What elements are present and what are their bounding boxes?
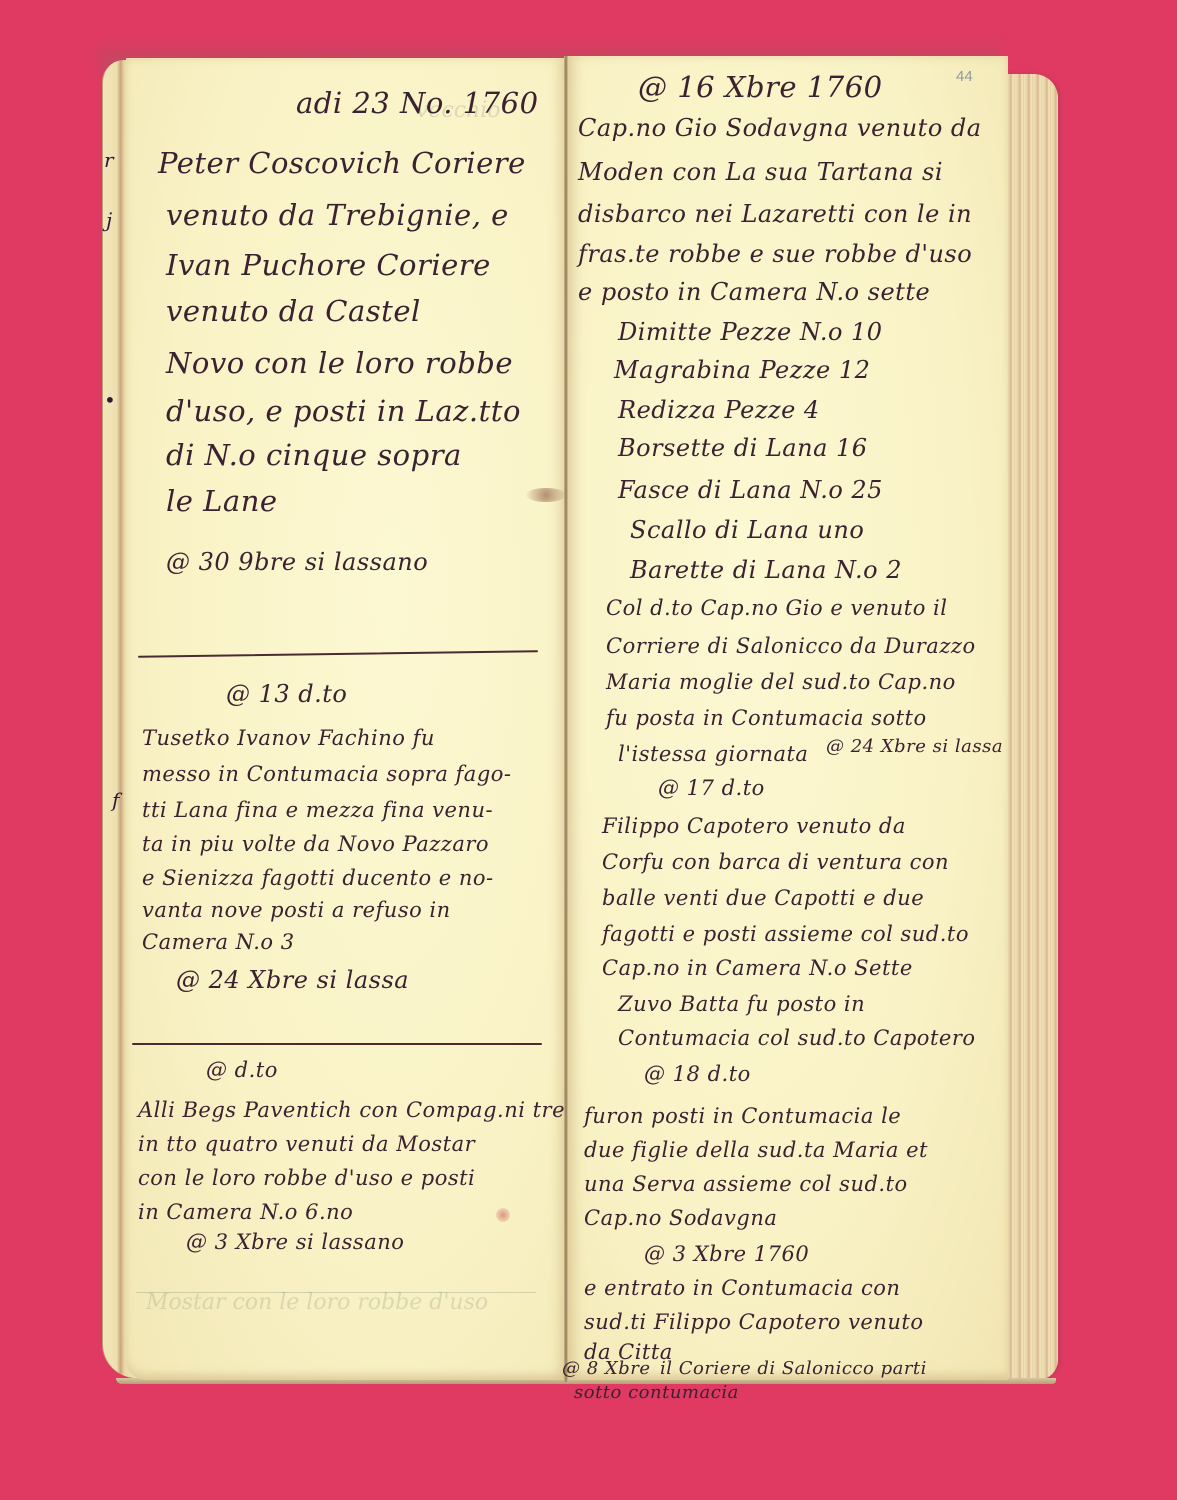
margin-mark: f	[112, 788, 119, 812]
margin-mark: •	[104, 388, 116, 412]
margin-mark: r	[104, 148, 114, 172]
entry-line: balle venti due Capotti e due	[602, 886, 924, 910]
entry-line: in tto quatro venuti da Mostar	[138, 1132, 475, 1156]
cargo-item: Barette di Lana N.o 2	[630, 556, 902, 584]
entry-line: e posto in Camera N.o sette	[578, 278, 930, 306]
entry-line: Zuvo Batta fu posto in	[618, 992, 865, 1016]
entry-line: vanta nove posti a refuso in	[142, 898, 451, 922]
red-stain	[496, 1208, 510, 1222]
entry-line: Moden con La sua Tartana si	[578, 158, 943, 186]
cargo-item: Fasce di Lana N.o 25	[618, 476, 883, 504]
entry-line: venuto da Trebignie, e	[166, 198, 509, 232]
entry-date: @ 8 Xbre	[562, 1358, 651, 1379]
entry-line: disbarco nei Lazaretti con le in	[578, 200, 972, 228]
entry-date: @ 18 d.to	[644, 1062, 751, 1086]
entry-line: e Sienizza fagotti ducento e no-	[142, 866, 494, 890]
release-note: @ 30 9bre si lassano	[166, 548, 428, 576]
faint-divider	[136, 1292, 536, 1293]
entry-line: fagotti e posti assieme col sud.to	[602, 922, 969, 946]
entry-date: adi 23 No. 1760	[296, 86, 539, 120]
right-page: 44 @ 16 Xbre 1760 Cap.no Gio Sodavgna ve…	[568, 56, 1008, 1380]
ink-stain	[526, 488, 566, 502]
right-page-edges	[1006, 74, 1058, 1380]
entry-line: fras.te robbe e sue robbe d'uso	[578, 240, 972, 268]
cargo-item: Scallo di Lana uno	[630, 516, 864, 544]
entry-line: le Lane	[166, 484, 278, 518]
entry-line: tti Lana fina e mezza fina venu-	[142, 798, 493, 822]
entry-line: Filippo Capotero venuto da	[602, 814, 906, 838]
entry-line: Cap.no Sodavgna	[584, 1206, 777, 1230]
entry-line: due figlie della sud.ta Maria et	[584, 1138, 928, 1162]
entry-line: sotto contumacia	[574, 1382, 739, 1403]
entry-date: @ 3 Xbre 1760	[644, 1242, 809, 1266]
entry-line: Tusetko Ivanov Fachino fu	[142, 726, 435, 750]
entry-line: venuto da Castel	[166, 294, 421, 328]
entry-line: Peter Coscovich Coriere	[158, 146, 526, 180]
entry-date: @ d.to	[206, 1058, 278, 1082]
cargo-item: Dimitte Pezze N.o 10	[618, 318, 883, 346]
entry-line: il Coriere di Salonicco parti	[660, 1358, 927, 1379]
entry-date: @ 17 d.to	[658, 776, 765, 800]
left-page: vecchio Mostar con le loro robbe d'uso r…	[126, 58, 566, 1380]
cargo-item: Magrabina Pezze 12	[614, 356, 870, 384]
entry-line: in Camera N.o 6.no	[138, 1200, 353, 1224]
section-divider	[138, 650, 538, 658]
entry-line: fu posta in Contumacia sotto	[606, 706, 927, 730]
entry-line: Novo con le loro robbe	[166, 346, 513, 380]
entry-date: @ 13 d.to	[226, 680, 347, 708]
entry-line: l'istessa giornata	[618, 742, 808, 766]
page-number: 44	[956, 68, 973, 85]
entry-line: Contumacia col sud.to Capotero	[618, 1026, 976, 1050]
entry-line: Cap.no in Camera N.o Sette	[602, 956, 913, 980]
open-book: vecchio Mostar con le loro robbe d'uso r…	[96, 52, 1058, 1384]
entry-line: Ivan Puchore Coriere	[166, 248, 491, 282]
entry-line: sud.ti Filippo Capotero venuto	[584, 1310, 924, 1334]
release-note: @ 3 Xbre si lassano	[186, 1230, 404, 1254]
cargo-item: Borsette di Lana 16	[618, 434, 868, 462]
entry-line: di N.o cinque sopra	[166, 438, 462, 472]
section-divider	[132, 1043, 542, 1045]
entry-date: @ 16 Xbre 1760	[638, 70, 883, 104]
entry-line: Cap.no Gio Sodavgna venuto da	[578, 114, 982, 142]
entry-line: con le loro robbe d'uso e posti	[138, 1166, 475, 1190]
entry-line: e entrato in Contumacia con	[584, 1276, 900, 1300]
entry-line: Camera N.o 3	[142, 930, 295, 954]
cargo-item: Redizza Pezze 4	[618, 396, 820, 424]
entry-line: Alli Begs Paventich con Compag.ni tre	[138, 1098, 565, 1122]
margin-mark: j	[106, 208, 112, 232]
release-note: @ 24 Xbre si lassa	[826, 736, 1003, 757]
entry-line: d'uso, e posti in Laz.tto	[166, 394, 521, 428]
entry-line: Col d.to Cap.no Gio e venuto il	[606, 596, 947, 620]
bleed-through-text: Mostar con le loro robbe d'uso	[146, 1290, 488, 1315]
entry-line: ta in piu volte da Novo Pazzaro	[142, 832, 489, 856]
entry-line: Maria moglie del sud.to Cap.no	[606, 670, 956, 694]
entry-line: Corfu con barca di ventura con	[602, 850, 949, 874]
entry-line: messo in Contumacia sopra fago-	[142, 762, 512, 786]
release-note: @ 24 Xbre si lassa	[176, 966, 409, 994]
entry-line: una Serva assieme col sud.to	[584, 1172, 908, 1196]
entry-line: furon posti in Contumacia le	[584, 1104, 901, 1128]
entry-line: Corriere di Salonicco da Durazzo	[606, 634, 976, 658]
